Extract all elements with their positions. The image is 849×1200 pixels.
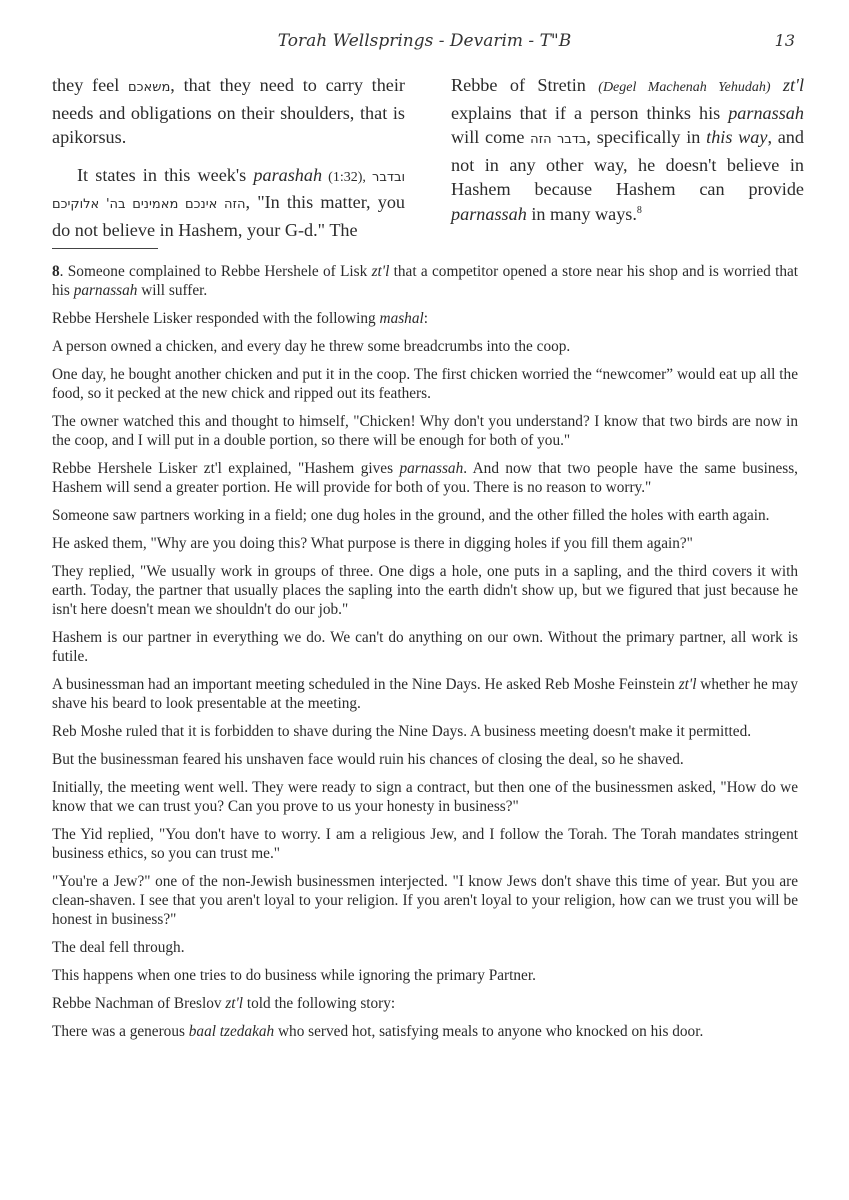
footnote-paragraph: They replied, "We usually work in groups… xyxy=(52,562,798,619)
footnote-paragraph: A businessman had an important meeting s… xyxy=(52,675,798,713)
footnote-paragraph: But the businessman feared his unshaven … xyxy=(52,750,798,769)
footnote-paragraph: There was a generous baal tzedakah who s… xyxy=(52,1022,798,1041)
running-title: Torah Wellsprings - Devarim - T"B xyxy=(0,31,849,51)
footnote-paragraph: Reb Moshe ruled that it is forbidden to … xyxy=(52,722,798,741)
footnote-reference[interactable]: 8 xyxy=(637,204,642,215)
paragraph: they feel משאכם, that they need to carry… xyxy=(52,73,405,150)
footnote-paragraph: Rebbe Nachman of Breslov zt'l told the f… xyxy=(52,994,798,1013)
footnote-paragraph: 8. Someone complained to Rebbe Hershele … xyxy=(52,262,798,300)
page-number: 13 xyxy=(775,31,795,50)
footnote-paragraph: This happens when one tries to do busine… xyxy=(52,966,798,985)
footnote-paragraph: Rebbe Hershele Lisker zt'l explained, "H… xyxy=(52,459,798,497)
source-citation: (Degel Machenah Yehudah) xyxy=(598,80,770,95)
footnote-paragraph: Initially, the meeting went well. They w… xyxy=(52,778,798,816)
left-column: they feel משאכם, that they need to carry… xyxy=(52,73,405,255)
paragraph: It states in this week's parashah (1:32)… xyxy=(52,163,405,243)
footnote-paragraph: "You're a Jew?" one of the non-Jewish bu… xyxy=(52,872,798,929)
running-header: Torah Wellsprings - Devarim - T"B 13 xyxy=(0,28,849,54)
footnote-paragraph: A person owned a chicken, and every day … xyxy=(52,337,798,356)
footnote-paragraph: Hashem is our partner in everything we d… xyxy=(52,628,798,666)
footnote-number: 8 xyxy=(52,263,60,280)
footnote-paragraph: The Yid replied, "You don't have to worr… xyxy=(52,825,798,863)
paragraph: Rebbe of Stretin (Degel Machenah Yehudah… xyxy=(451,73,804,226)
footnote-section: 8. Someone complained to Rebbe Hershele … xyxy=(52,262,798,1050)
footnote-paragraph: He asked them, "Why are you doing this? … xyxy=(52,534,798,553)
main-text-columns: they feel משאכם, that they need to carry… xyxy=(52,73,804,255)
right-column: Rebbe of Stretin (Degel Machenah Yehudah… xyxy=(451,73,804,255)
footnote-paragraph: Rebbe Hershele Lisker responded with the… xyxy=(52,309,798,328)
hebrew-text: בדבר הזה xyxy=(530,132,586,147)
footnote-paragraph: The owner watched this and thought to hi… xyxy=(52,412,798,450)
hebrew-text: משאכם xyxy=(128,80,170,95)
footnote-paragraph: The deal fell through. xyxy=(52,938,798,957)
footnote-paragraph: Someone saw partners working in a field;… xyxy=(52,506,798,525)
footnote-paragraph: One day, he bought another chicken and p… xyxy=(52,365,798,403)
footnote-divider xyxy=(52,248,158,249)
